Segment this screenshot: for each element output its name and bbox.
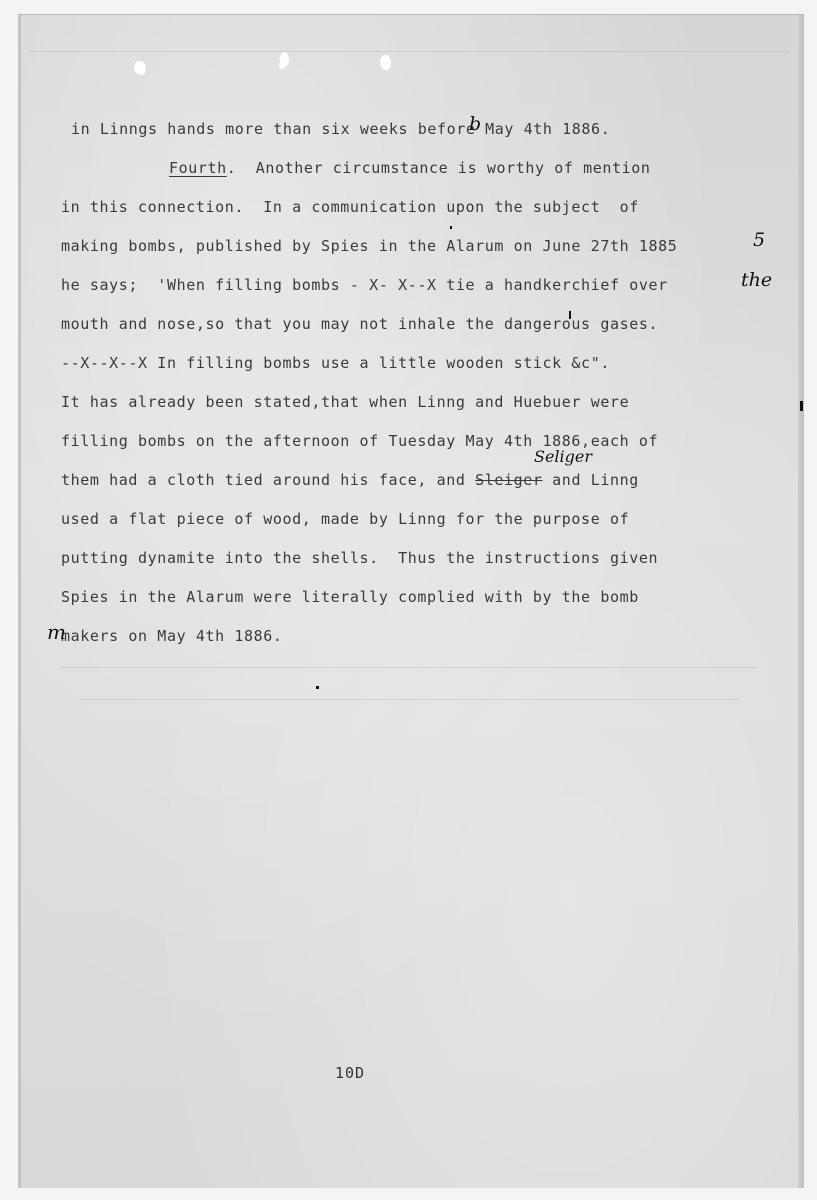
struck-word: Sleiger	[475, 471, 542, 489]
text-line: putting dynamite into the shells. Thus t…	[61, 548, 658, 568]
ink-mark	[450, 226, 452, 229]
text-line: in this connection. In a communication u…	[61, 197, 639, 217]
text-segment: and Linng	[543, 471, 639, 489]
bleed-through-mark	[59, 667, 759, 668]
text-line: he says; 'When filling bombs - X- X--X t…	[61, 275, 668, 295]
handwritten-correction: b	[469, 113, 481, 135]
punch-hole	[380, 55, 391, 70]
text-line: makers on May 4th 1886.	[61, 626, 283, 646]
page-number: 10D	[335, 1064, 365, 1082]
handwritten-correction: 5	[753, 229, 765, 251]
text-line: Fourth. Another circumstance is worthy o…	[169, 158, 651, 178]
text-line: It has already been stated,that when Lin…	[61, 392, 629, 412]
punch-hole	[134, 61, 146, 75]
ink-mark	[800, 401, 803, 411]
text-line: in Linngs hands more than six weeks befo…	[71, 119, 610, 139]
ink-mark	[569, 311, 571, 319]
page-edge-shadow	[798, 15, 804, 1188]
handwritten-correction: m	[47, 620, 66, 644]
text-segment: them had a cloth tied around his face, a…	[61, 471, 475, 489]
handwritten-insertion: the	[741, 269, 772, 291]
text-line: them had a cloth tied around his face, a…	[61, 470, 639, 490]
text-line: used a flat piece of wood, made by Linng…	[61, 509, 629, 529]
document-page: in Linngs hands more than six weeks befo…	[18, 14, 804, 1188]
bleed-through-mark	[79, 699, 739, 700]
text-line: making bombs, published by Spies in the …	[61, 236, 677, 256]
handwritten-replacement: Seliger	[534, 447, 592, 466]
bleed-through-mark	[29, 51, 789, 52]
punch-hole	[280, 52, 289, 67]
section-label-fourth: Fourth	[169, 159, 227, 177]
ink-mark	[316, 686, 319, 689]
text-line-continuation: . Another circumstance is worthy of ment…	[227, 159, 651, 177]
text-line: --X--X--X In filling bombs use a little …	[61, 353, 610, 373]
text-line: Spies in the Alarum were literally compl…	[61, 587, 639, 607]
